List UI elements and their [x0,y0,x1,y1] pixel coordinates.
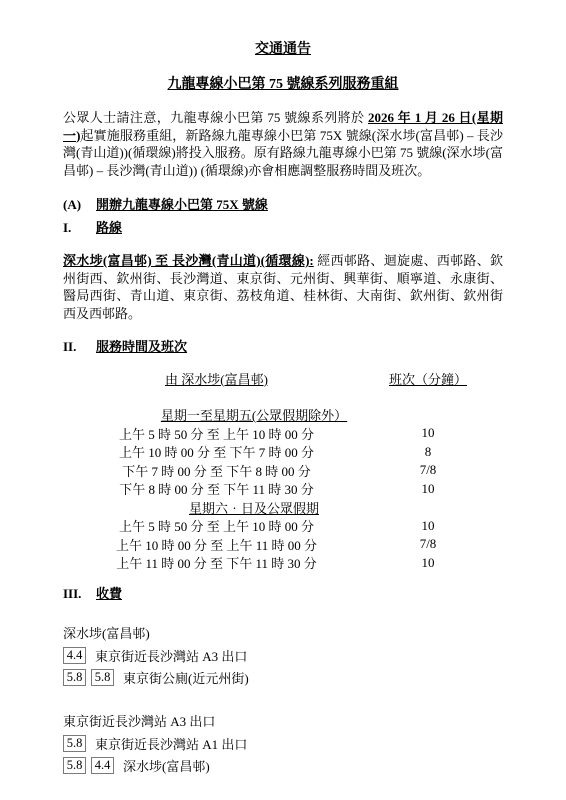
fare-value-box: 5.8 [63,757,86,774]
section-a-heading: (A) 開辦九龍專線小巴第 75X 號線 [63,196,503,213]
fare-table: 深水埗(富昌邨) 4.4 東京街近長沙灣站 A3 出口 5.8 5.8 東京街公… [63,623,503,774]
schedule-period: 下午 7 時 00 分 至 下午 8 時 00 分 [63,461,370,480]
table-row: 上午 10 時 00 分 至 下午 7 時 00 分 8 [63,443,503,462]
route-lead: 深水埗(富昌邨) 至 長沙灣(青山道)(循環線): [63,253,314,268]
fare-stop-label: 東京街近長沙灣站 A3 出口 [95,646,247,665]
section-2-title: 服務時間及班次 [96,338,187,355]
schedule-period: 上午 11 時 00 分 至 下午 11 時 30 分 [63,553,370,572]
fare-stop-label: 深水埗(富昌邨) [123,756,210,775]
fare-stop-label: 東京街近長沙灣站 A1 出口 [95,734,247,753]
schedule-period: 上午 5 時 50 分 至 上午 10 時 00 分 [63,516,370,535]
route-paragraph: 深水埗(富昌邨) 至 長沙灣(青山道)(循環線): 經西邨路、迴旋處、西邨路、欽… [63,252,503,322]
schedule-period: 上午 10 時 00 分 至 下午 7 時 00 分 [63,442,370,461]
schedule-group-weekend-label-row: 星期六‧日及公眾假期 [63,498,503,517]
schedule-origin-header: 由 深水埗(富昌邨) [165,372,268,387]
fare-value-box: 5.8 [63,669,86,686]
weekday-group-label: 星期一至星期五(公眾假期除外） [161,408,347,423]
section-3-title: 收費 [96,585,122,602]
schedule-frequency: 10 [370,425,486,441]
section-2-marker: II. [63,338,96,355]
table-row: 下午 8 時 00 分 至 下午 11 時 30 分 10 [63,480,503,499]
intro-paragraph: 公眾人士請注意，九龍專線小巴第 75 號線系列將於 2026 年 1 月 26 … [63,109,503,179]
section-3-heading: III. 收費 [63,585,503,602]
schedule-frequency: 8 [370,444,486,460]
fare-row: 5.8 5.8 東京街公廁(近元州街) [63,669,503,686]
fare-row: 5.8 東京街近長沙灣站 A1 出口 [63,735,503,752]
schedule-period: 上午 10 時 00 分 至 上午 11 時 00 分 [63,535,370,554]
schedule-frequency: 10 [370,518,486,534]
intro-text-after: 起實施服務重組，新路線九龍專線小巴第 75X 號線(深水埗(富昌邨) – 長沙灣… [63,128,503,178]
table-row: 上午 11 時 00 分 至 下午 11 時 30 分 10 [63,554,503,573]
table-row: 上午 10 時 00 分 至 上午 11 時 00 分 7/8 [63,535,503,554]
fare-stop-label: 東京街公廁(近元州街) [123,668,249,687]
section-1-heading: I. 路線 [63,219,503,236]
notice-title: 交通通告 [63,38,503,58]
schedule-period: 上午 5 時 50 分 至 上午 10 時 00 分 [63,424,370,443]
weekend-group-label: 星期六‧日及公眾假期 [189,501,319,516]
schedule-group-weekday-label-row: 星期一至星期五(公眾假期除外） [63,406,503,425]
table-row: 上午 5 時 50 分 至 上午 10 時 00 分 10 [63,424,503,443]
fare-value-box: 5.8 [91,669,114,686]
schedule-frequency: 10 [370,555,486,571]
notice-subtitle: 九龍專線小巴第 75 號線系列服務重組 [63,73,503,93]
fare-value-box: 4.4 [63,647,86,664]
section-a-title: 開辦九龍專線小巴第 75X 號線 [96,196,268,213]
section-1-title: 路線 [96,219,122,236]
section-2-heading: II. 服務時間及班次 [63,338,503,355]
fare-value-box: 5.8 [63,735,86,752]
schedule-table: 由 深水埗(富昌邨) 班次（分鐘） 星期一至星期五(公眾假期除外） 上午 5 時… [63,369,503,572]
schedule-period: 下午 8 時 00 分 至 下午 11 時 30 分 [63,479,370,498]
intro-text-before: 公眾人士請注意，九龍專線小巴第 75 號線系列將於 [63,110,368,125]
section-1-marker: I. [63,219,96,236]
schedule-frequency-header: 班次（分鐘） [389,372,467,387]
schedule-frequency: 7/8 [370,536,486,552]
fare-row: 4.4 東京街近長沙灣站 A3 出口 [63,647,503,664]
fare-row: 5.8 4.4 深水埗(富昌邨) [63,757,503,774]
schedule-frequency: 10 [370,481,486,497]
fare-group-2-origin: 東京街近長沙灣站 A3 出口 [63,711,503,730]
schedule-frequency: 7/8 [370,462,486,478]
section-3-marker: III. [63,585,96,602]
fare-value-box: 4.4 [91,757,114,774]
table-row: 上午 5 時 50 分 至 上午 10 時 00 分 10 [63,517,503,536]
table-row: 下午 7 時 00 分 至 下午 8 時 00 分 7/8 [63,461,503,480]
schedule-header-row: 由 深水埗(富昌邨) 班次（分鐘） [63,369,503,388]
section-a-marker: (A) [63,196,96,213]
fare-group-1-origin: 深水埗(富昌邨) [63,623,503,642]
notice-document: 交通通告 九龍專線小巴第 75 號線系列服務重組 公眾人士請注意，九龍專線小巴第… [0,0,566,800]
